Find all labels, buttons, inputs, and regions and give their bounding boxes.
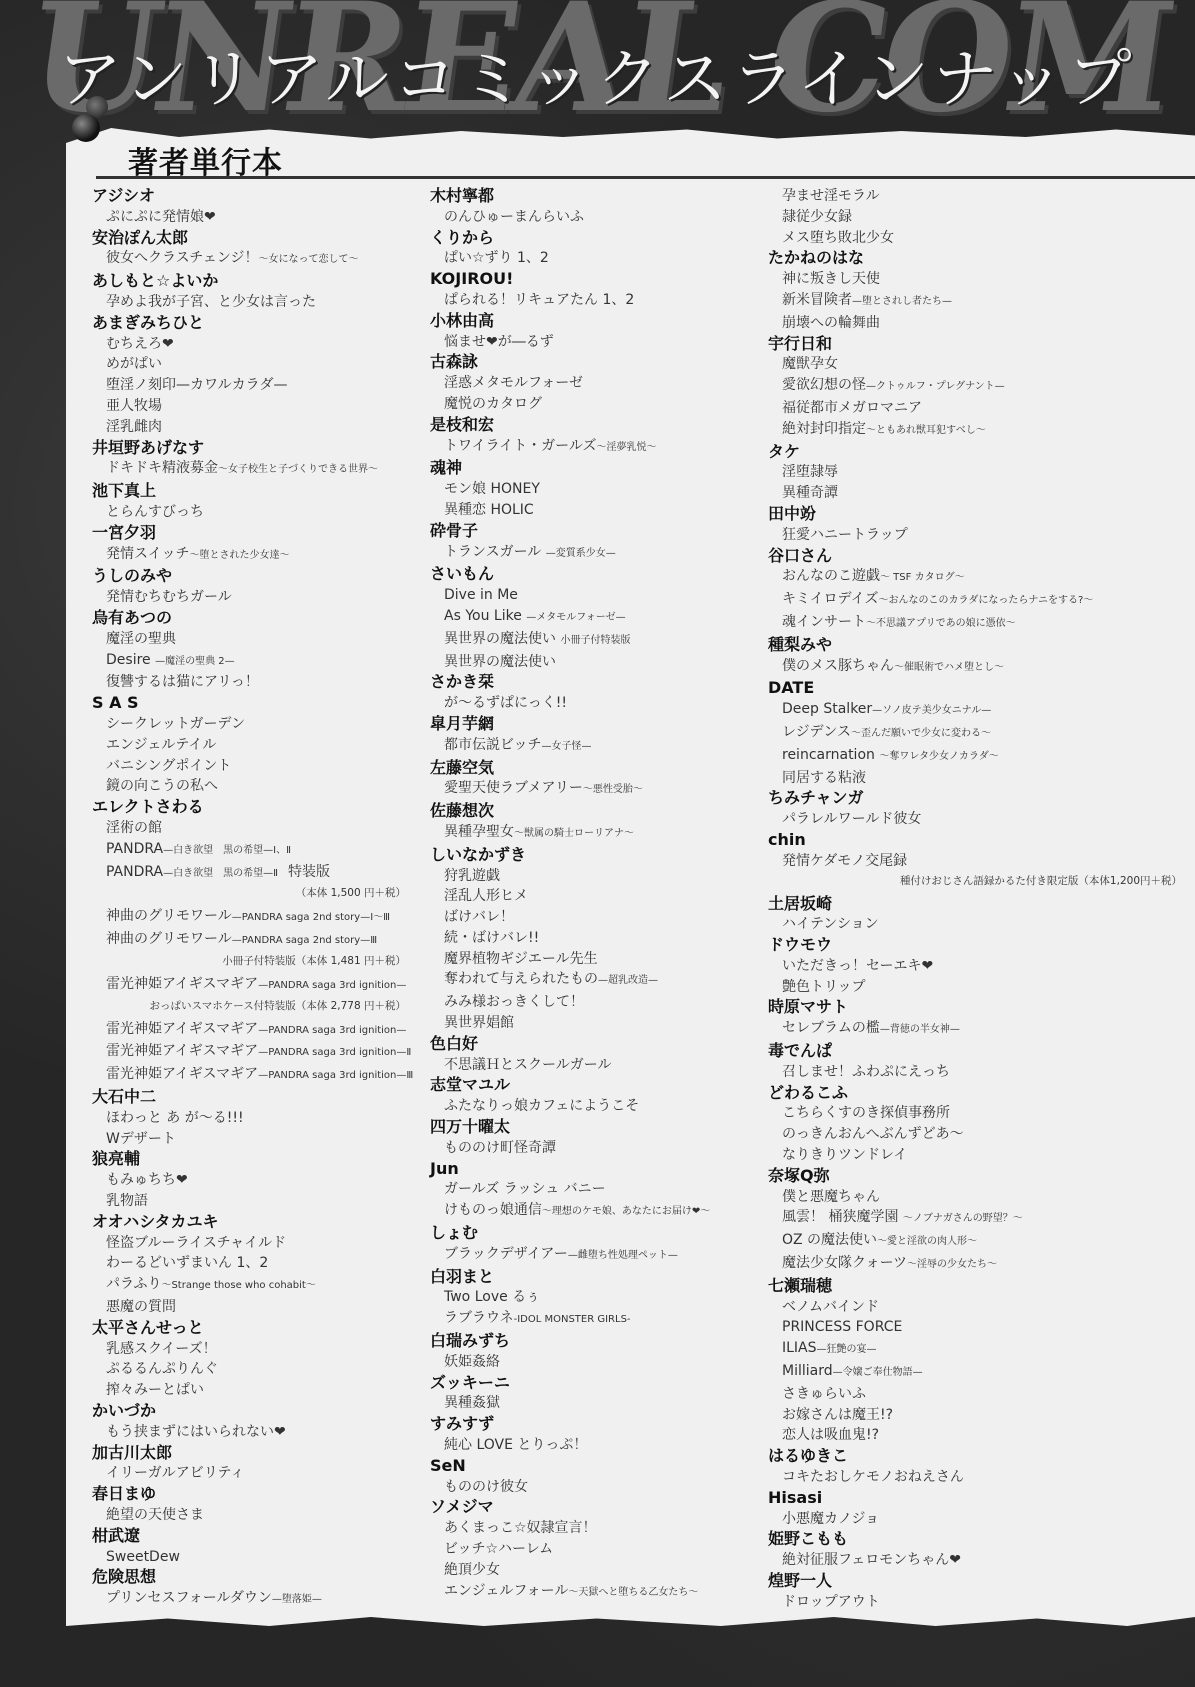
author-name: 志堂マユル xyxy=(430,1075,760,1096)
title-main: 福従都市メガロマニア xyxy=(782,400,922,416)
title-main: もみゅちち❤ xyxy=(106,1172,188,1188)
author-name: 是枝和宏 xyxy=(430,415,760,436)
title-main: reincarnation xyxy=(782,747,879,763)
title-main: As You Like xyxy=(444,608,526,624)
title-main: 召しませ！ふわぷにえっち xyxy=(782,1064,950,1080)
title-main: 不思議Ｈとスクールガール xyxy=(444,1057,611,1073)
book-title: ガールズ ラッシュ バニー xyxy=(430,1179,760,1200)
title-main: メス堕ち敗北少女 xyxy=(782,230,894,246)
title-main: 淫術の館 xyxy=(106,820,162,836)
book-title: 同居する粘液 xyxy=(768,768,1188,789)
title-main: レジデンス xyxy=(782,724,851,740)
title-main: 孕めよ我が子宮、と少女は言った xyxy=(106,294,316,310)
author-name: 佐藤想次 xyxy=(430,801,760,822)
book-title: PANDRA—白き欲望 黒の希望—Ⅱ 特装版 xyxy=(92,862,412,885)
book-title: 淫術の館 xyxy=(92,818,412,839)
author-name: 砕骨子 xyxy=(430,521,760,542)
book-title: 彼女へクラスチェンジ！～女になって恋して～ xyxy=(92,248,412,271)
title-main: 魔獣孕女 xyxy=(782,356,838,372)
title-main: 新米冒険者 xyxy=(782,292,852,308)
title-main: PANDRA xyxy=(106,864,163,880)
title-main: 異種孕聖女 xyxy=(444,824,514,840)
title-main: お嫁さんは魔王!? xyxy=(782,1407,893,1423)
title-subtitle: ～奪ワレタ少女ノカラダ～ xyxy=(879,751,998,762)
author-name: タケ xyxy=(768,442,1188,463)
book-title: 召しませ！ふわぷにえっち xyxy=(768,1062,1188,1083)
book-title: 僕のメス豚ちゃん～催眠術でハメ堕とし～ xyxy=(768,656,1188,679)
edition-label: 特装版 xyxy=(288,864,330,880)
title-main: ILIAS xyxy=(782,1340,817,1356)
book-title: Wデザート xyxy=(92,1129,412,1150)
title-main: ガールズ ラッシュ バニー xyxy=(444,1181,606,1197)
book-title: 魔法少女隊クォーツ～淫辱の少女たち～ xyxy=(768,1253,1188,1276)
title-subtitle: ～ TSF カタログ～ xyxy=(880,572,965,583)
title-main: みみ様おっきくして！ xyxy=(444,994,584,1010)
column-3: 孕ませ淫モラル隷従少女録メス堕ち敗北少女たかねのはな神に叛きし天使新米冒険者—堕… xyxy=(768,186,1188,1613)
book-title: のっきんおんへぶんずどあ～ xyxy=(768,1124,1188,1145)
book-title: が～るずぱにっく!! xyxy=(430,693,760,714)
pushpin-head-icon xyxy=(72,114,100,142)
author-name: 宇行日和 xyxy=(768,334,1188,355)
title-main: が～るずぱにっく!! xyxy=(444,695,567,711)
author-name: かいづか xyxy=(92,1401,412,1422)
book-title: ぱられる！リキュアたん 1、2 xyxy=(430,290,760,311)
title-main: 淫乳雌肉 xyxy=(106,419,162,435)
title-main: 小悪魔カノジョ xyxy=(782,1511,879,1527)
title-main: 異種姦獄 xyxy=(444,1395,500,1411)
title-main: 絶頂少女 xyxy=(444,1562,500,1578)
title-main: 乳感スクイーズ！ xyxy=(106,1341,217,1357)
title-main: ぱられる！リキュアたん 1、2 xyxy=(444,292,634,308)
author-name: chin xyxy=(768,830,1188,851)
book-title: のんひゅーまんらいふ xyxy=(430,207,760,228)
book-title: 崩壊への輪舞曲 xyxy=(768,313,1188,334)
title-main: 異種奇譚 xyxy=(782,485,838,501)
title-main: Wデザート xyxy=(106,1131,176,1147)
author-name: 大石中二 xyxy=(92,1087,412,1108)
title-subtitle: ～催眠術でハメ堕とし～ xyxy=(894,662,1004,673)
book-title: 神曲のグリモワール—PANDRA saga 2nd story—Ⅰ～Ⅲ xyxy=(92,906,412,929)
title-main: 異世界娼館 xyxy=(444,1015,514,1031)
author-name: くりから xyxy=(430,228,760,249)
title-main: ブラックデザイアー xyxy=(444,1246,568,1262)
author-name: 池下真上 xyxy=(92,481,412,502)
title-subtitle: —PANDRA saga 3rd ignition—Ⅱ xyxy=(258,1047,411,1058)
book-title: 亜人牧場 xyxy=(92,396,412,417)
title-main: 淫堕隷辱 xyxy=(782,464,838,480)
title-subtitle: ～悪性受胎～ xyxy=(583,784,643,795)
title-main: 堕淫ノ刻印—カワルカラダ— xyxy=(106,377,287,393)
book-title: プリンセスフォールダウン—堕落姫— xyxy=(92,1588,412,1611)
title-subtitle: —堕落姫— xyxy=(272,1594,322,1605)
title-main: 妖姫姦絡 xyxy=(444,1354,500,1370)
book-title: Desire —魔淫の聖典 2— xyxy=(92,650,412,673)
title-main: ぷにぷに発情娘❤ xyxy=(106,209,216,225)
title-subtitle: —白き欲望 黒の希望—Ⅰ、Ⅱ xyxy=(163,845,291,856)
author-name: 田中竕 xyxy=(768,504,1188,525)
book-title: キミイロデイズ～おんなのこのカラダになったらナニをする?～ xyxy=(768,589,1188,612)
title-main: パラふり xyxy=(106,1276,161,1292)
book-title: ラブラウネ-IDOL MONSTER GIRLS- xyxy=(430,1308,760,1331)
author-name: 左藤空気 xyxy=(430,758,760,779)
title-main: 復讐するは猫にアリっ！ xyxy=(106,674,259,690)
title-main: なりきりツンドレイ xyxy=(782,1147,907,1163)
price-note: （本体 1,500 円＋税） xyxy=(92,884,412,902)
title-subtitle: —PANDRA saga 3rd ignition—Ⅲ xyxy=(258,1070,413,1081)
book-title: 異世界の魔法使い 小冊子付特装版 xyxy=(430,629,760,652)
title-subtitle: —狂艶の宴— xyxy=(817,1344,877,1355)
title-main: 発情ケダモノ交尾録 xyxy=(782,853,907,869)
book-title: エンジェルフォール～天獄へと堕ちる乙女たち～ xyxy=(430,1581,760,1604)
book-title: ベノムバインド xyxy=(768,1297,1188,1318)
title-main: キミイロデイズ xyxy=(782,591,878,607)
book-title: 乳感スクイーズ！ xyxy=(92,1339,412,1360)
title-main: Two Love るぅ xyxy=(444,1289,540,1305)
book-title: 怪盗ブルーライスチャイルド xyxy=(92,1233,412,1254)
title-main: ほわっと あ が～る!!! xyxy=(106,1110,244,1126)
title-main: 魔悦のカタログ xyxy=(444,396,542,412)
book-title: Two Love るぅ xyxy=(430,1287,760,1308)
title-subtitle: ～淫夢乳悦～ xyxy=(596,442,656,453)
title-main: OZ の魔法使い xyxy=(782,1232,877,1248)
author-name: ドウモウ xyxy=(768,935,1188,956)
author-name: ズッキーニ xyxy=(430,1373,760,1394)
title-main: 続・ばけバレ!! xyxy=(444,930,539,946)
author-name: 谷口さん xyxy=(768,546,1188,567)
book-title: 魔悦のカタログ xyxy=(430,394,760,415)
author-name: 古森詠 xyxy=(430,352,760,373)
title-main: 神曲のグリモワール xyxy=(106,908,232,924)
book-title: エンジェルテイル xyxy=(92,735,412,756)
title-subtitle: -IDOL MONSTER GIRLS- xyxy=(514,1314,631,1325)
book-title: お嫁さんは魔王!? xyxy=(768,1405,1188,1426)
title-main: 狂愛ハニートラップ xyxy=(782,527,908,543)
title-subtitle: ～愛と淫欲の肉人形～ xyxy=(877,1236,977,1247)
title-subtitle: ～天獄へと堕ちる乙女たち～ xyxy=(568,1587,698,1598)
book-title: 魔淫の聖典 xyxy=(92,629,412,650)
title-main: ベノムバインド xyxy=(782,1299,879,1315)
author-name: さかき栞 xyxy=(430,672,760,693)
author-name: 一宮夕羽 xyxy=(92,523,412,544)
author-name: たかねのはな xyxy=(768,248,1188,269)
author-name: 奈塚Q弥 xyxy=(768,1166,1188,1187)
author-name: 安治ぽん太郎 xyxy=(92,228,412,249)
author-name: 土居坂崎 xyxy=(768,894,1188,915)
title-main: 発情むちむちガール xyxy=(106,589,232,605)
book-title: ふたなりっ娘カフェにようこそ xyxy=(430,1096,760,1117)
author-name: しいなかずき xyxy=(430,845,760,866)
book-title: 愛聖天使ラブメアリー～悪性受胎～ xyxy=(430,778,760,801)
title-subtitle: —超乳改造— xyxy=(598,975,658,986)
author-name: 魂神 xyxy=(430,458,760,479)
book-title: 悪魔の質問 xyxy=(92,1297,412,1318)
title-subtitle: 小冊子付特装版 xyxy=(560,635,630,646)
title-subtitle: —PANDRA saga 3rd ignition— xyxy=(258,1025,406,1036)
book-title: イリーガルアビリティ xyxy=(92,1463,412,1484)
author-name: 姫野こもも xyxy=(768,1529,1188,1550)
title-main: 亜人牧場 xyxy=(106,398,162,414)
price-note: 小冊子付特装版（本体 1,481 円＋税） xyxy=(92,952,412,970)
title-main: トワイライト・ガールズ xyxy=(444,438,596,454)
title-main: PRINCESS FORCE xyxy=(782,1319,902,1335)
book-title: 僕と悪魔ちゃん xyxy=(768,1187,1188,1208)
title-main: 都市伝説ビッチ xyxy=(444,737,541,753)
book-title: 発情ケダモノ交尾録 xyxy=(768,851,1188,872)
author-name: 太平さんせっと xyxy=(92,1318,412,1339)
title-main: むちえろ❤ xyxy=(106,336,174,352)
author-name: 白瑞みずち xyxy=(430,1331,760,1352)
author-name: うしのみや xyxy=(92,566,412,587)
book-title: 狩乳遊戯 xyxy=(430,866,760,887)
title-subtitle: —PANDRA saga 3rd ignition— xyxy=(258,980,406,991)
title-subtitle: —白き欲望 黒の希望—Ⅱ xyxy=(163,868,288,879)
book-title: 孕ませ淫モラル xyxy=(768,186,1188,207)
title-main: 乳物語 xyxy=(106,1193,148,1209)
title-main: 同居する粘液 xyxy=(782,770,866,786)
book-title: 淫乱人形ヒメ xyxy=(430,886,760,907)
book-title: 異世界娼館 xyxy=(430,1013,760,1034)
author-name: アジシオ xyxy=(92,186,412,207)
book-title: PRINCESS FORCE xyxy=(768,1317,1188,1338)
book-title: 淫乳雌肉 xyxy=(92,417,412,438)
title-main: 雷光神姫アイギスマギア xyxy=(106,976,258,992)
book-title: 異世界の魔法使い xyxy=(430,652,760,673)
title-main: 悪魔の質問 xyxy=(106,1299,176,1315)
title-main: 淫乱人形ヒメ xyxy=(444,888,528,904)
title-subtitle: —PANDRA saga 2nd story—Ⅰ～Ⅲ xyxy=(232,912,390,923)
book-title: ドロップアウト xyxy=(768,1592,1188,1613)
title-subtitle: ～淫辱の少女たち～ xyxy=(907,1259,997,1270)
title-main: 異種恋 HOLIC xyxy=(444,502,534,518)
column-2: 木村寧都のんひゅーまんらいふくりからぱい☆ずり 1、2KOJIROU!ぱられる！… xyxy=(430,186,760,1603)
title-main: SweetDew xyxy=(106,1549,180,1565)
title-main: 愛聖天使ラブメアリー xyxy=(444,780,583,796)
title-main: 奪われて与えられたもの xyxy=(444,971,598,987)
author-name: どわるこふ xyxy=(768,1083,1188,1104)
title-main: ぱい☆ずり 1、2 xyxy=(444,250,549,266)
title-main: 魔法少女隊クォーツ xyxy=(782,1255,907,1271)
author-name: 種梨みや xyxy=(768,635,1188,656)
book-title: もののけ町怪奇譚 xyxy=(430,1138,760,1159)
author-name: 四万十曜太 xyxy=(430,1117,760,1138)
price-note: 種付けおじさん語録かるた付き限定版（本体1,200円＋税） xyxy=(768,872,1188,890)
book-title: めがぱい xyxy=(92,354,412,375)
book-title: 淫堕隷辱 xyxy=(768,462,1188,483)
title-main: 魔界植物ギジエール先生 xyxy=(444,951,598,967)
title-main: 異世界の魔法使い xyxy=(444,631,560,647)
title-subtitle: —変質系少女— xyxy=(546,548,616,559)
book-title: みみ様おっきくして！ xyxy=(430,992,760,1013)
author-name: Hisasi xyxy=(768,1488,1188,1509)
title-main: 怪盗ブルーライスチャイルド xyxy=(106,1235,286,1251)
book-title: 都市伝説ビッチ—女子怪— xyxy=(430,735,760,758)
book-title: 神に叛きし天使 xyxy=(768,269,1188,290)
title-subtitle: ～ともあれ獣耳犯すべし～ xyxy=(866,425,986,436)
book-title: トワイライト・ガールズ～淫夢乳悦～ xyxy=(430,436,760,459)
book-title: 悩ませ❤が―るず xyxy=(430,332,760,353)
author-name: エレクトさわる xyxy=(92,797,412,818)
book-title: もう挟まずにはいられない❤ xyxy=(92,1422,412,1443)
book-title: 異種姦獄 xyxy=(430,1393,760,1414)
title-main: 隷従少女録 xyxy=(782,209,852,225)
title-subtitle: —令嬢ご奉仕物語— xyxy=(833,1367,923,1378)
title-main: のんひゅーまんらいふ xyxy=(444,209,584,225)
title-main: エンジェルテイル xyxy=(106,737,216,753)
title-subtitle: ～獣属の騎士ローリアナ～ xyxy=(514,828,634,839)
book-title: ぷるるんぷりんぐ xyxy=(92,1359,412,1380)
title-main: バニシングポイント xyxy=(106,758,231,774)
title-main: 魂インサート xyxy=(782,614,866,630)
book-title: ハイテンション xyxy=(768,914,1188,935)
author-name: あしもと☆よいか xyxy=(92,271,412,292)
title-subtitle: ～Strange those who cohabit～ xyxy=(161,1280,315,1291)
title-subtitle: —メタモルフォーゼ— xyxy=(526,612,625,623)
book-title: 風雲！ 桶狭魔学園 ～ノブナガさんの野望？～ xyxy=(768,1207,1188,1230)
title-main: ラブラウネ xyxy=(444,1310,514,1326)
book-title: 鏡の向こうの私へ xyxy=(92,776,412,797)
book-title: 絶頂少女 xyxy=(430,1560,760,1581)
author-name: ソメジマ xyxy=(430,1497,760,1518)
title-main: 雷光神姫アイギスマギア xyxy=(106,1021,258,1037)
book-title: さきゅらいふ xyxy=(768,1384,1188,1405)
author-name: ちみチャンガ xyxy=(768,788,1188,809)
book-title: 新米冒険者—堕とされし者たち— xyxy=(768,290,1188,313)
book-title: モン娘 HONEY xyxy=(430,479,760,500)
title-main: イリーガルアビリティ xyxy=(106,1465,244,1481)
title-main: ドキドキ精液募金 xyxy=(106,460,218,476)
title-main: 僕のメス豚ちゃん xyxy=(782,658,894,674)
book-title: ほわっと あ が～る!!! xyxy=(92,1108,412,1129)
title-main: 孕ませ淫モラル xyxy=(782,188,880,204)
title-subtitle: ～理想のケモ娘、あなたにお届け❤～ xyxy=(542,1206,710,1217)
title-main: 神に叛きし天使 xyxy=(782,271,880,287)
book-title: 福従都市メガロマニア xyxy=(768,398,1188,419)
author-name: 木村寧都 xyxy=(430,186,760,207)
book-title: 堕淫ノ刻印—カワルカラダ— xyxy=(92,375,412,396)
book-title: 純心 LOVE とりっぷ！ xyxy=(430,1435,760,1456)
title-main: とらんすびっち xyxy=(106,504,204,520)
author-name: すみすず xyxy=(430,1414,760,1435)
book-title: ぱい☆ずり 1、2 xyxy=(430,248,760,269)
title-main: 異世界の魔法使い xyxy=(444,654,556,670)
author-name: 井垣野あげなす xyxy=(92,438,412,459)
title-main: わーるどいずまいん 1、2 xyxy=(106,1255,268,1271)
title-main: セレブラムの檻 xyxy=(782,1020,880,1036)
book-title: Milliard—令嬢ご奉仕物語— xyxy=(768,1361,1188,1384)
title-main: 狩乳遊戯 xyxy=(444,868,500,884)
title-main: ビッチ☆ハーレム xyxy=(444,1541,553,1557)
author-name: しょむ xyxy=(430,1223,760,1244)
book-title: いただきっ！セーエキ❤ xyxy=(768,956,1188,977)
book-title: セレブラムの檻—背徳の半女神— xyxy=(768,1018,1188,1041)
title-subtitle: —堕とされし者たち— xyxy=(852,296,952,307)
title-main: 艶色トリップ xyxy=(782,979,865,995)
title-main: 淫惑メタモルフォーゼ xyxy=(444,375,583,391)
author-name: オオハシタカユキ xyxy=(92,1212,412,1233)
title-main: トランスガール xyxy=(444,544,546,560)
title-main: パラレルワールド彼女 xyxy=(782,811,921,827)
title-subtitle: —魔淫の聖典 2— xyxy=(155,656,235,667)
title-main: めがぱい xyxy=(106,356,162,372)
book-title: 不思議Ｈとスクールガール xyxy=(430,1055,760,1076)
book-title: ぷにぷに発情娘❤ xyxy=(92,207,412,228)
book-title: 艶色トリップ xyxy=(768,977,1188,998)
book-title: ばけバレ！ xyxy=(430,907,760,928)
author-name: 毒でんぱ xyxy=(768,1041,1188,1062)
book-title: バニシングポイント xyxy=(92,756,412,777)
book-title: 異種恋 HOLIC xyxy=(430,500,760,521)
author-name: 七瀬瑞穂 xyxy=(768,1276,1188,1297)
title-main: 雷光神姫アイギスマギア xyxy=(106,1043,258,1059)
author-name: 狼亮輔 xyxy=(92,1149,412,1170)
book-title: トランスガール —変質系少女— xyxy=(430,542,760,565)
book-title: 妖姫姦絡 xyxy=(430,1352,760,1373)
book-title: Dive in Me xyxy=(430,585,760,606)
book-title: ドキドキ精液募金～女子校生と子づくりできる世界～ xyxy=(92,458,412,481)
title-main: 崩壊への輪舞曲 xyxy=(782,315,880,331)
book-title: 雷光神姫アイギスマギア—PANDRA saga 3rd ignition—Ⅱ xyxy=(92,1041,412,1064)
title-main: 絶対征服フェロモンちゃん❤ xyxy=(782,1552,961,1568)
title-subtitle: ～歪んだ願いで少女に変わる～ xyxy=(851,728,991,739)
book-title: 淫惑メタモルフォーゼ xyxy=(430,373,760,394)
title-main: プリンセスフォールダウン xyxy=(106,1590,272,1606)
author-name: S A S xyxy=(92,693,412,714)
book-title: 魔獣孕女 xyxy=(768,354,1188,375)
author-name: SeN xyxy=(430,1456,760,1477)
author-name: KOJIROU! xyxy=(430,269,760,290)
book-title: 隷従少女録 xyxy=(768,207,1188,228)
book-title: 魂インサート～不思議アプリであの娘に憑依～ xyxy=(768,612,1188,635)
title-main: のっきんおんへぶんずどあ～ xyxy=(782,1126,964,1142)
book-title: なりきりツンドレイ xyxy=(768,1145,1188,1166)
title-main: 神曲のグリモワール xyxy=(106,931,232,947)
title-main: エンジェルフォール xyxy=(444,1583,568,1599)
book-title: As You Like —メタモルフォーゼ— xyxy=(430,606,760,629)
book-title: 発情スイッチ～堕とされた少女達～ xyxy=(92,544,412,567)
book-title: 搾々みーとぱい xyxy=(92,1380,412,1401)
book-title: 小悪魔カノジョ xyxy=(768,1509,1188,1530)
book-title: 乳物語 xyxy=(92,1191,412,1212)
title-main: もう挟まずにはいられない❤ xyxy=(106,1424,286,1440)
title-main: 絶対封印指定 xyxy=(782,421,866,437)
book-title: reincarnation ～奪ワレタ少女ノカラダ～ xyxy=(768,745,1188,768)
book-title: こちらくすのき探偵事務所 xyxy=(768,1103,1188,1124)
section-divider xyxy=(96,176,1195,179)
book-title: もみゅちち❤ xyxy=(92,1170,412,1191)
title-main: PANDRA xyxy=(106,841,163,857)
title-subtitle: ～女子校生と子づくりできる世界～ xyxy=(218,464,378,475)
author-name: 色白好 xyxy=(430,1034,760,1055)
author-name: 煌野一人 xyxy=(768,1571,1188,1592)
title-main: いただきっ！セーエキ❤ xyxy=(782,958,933,974)
title-main: ドロップアウト xyxy=(782,1594,880,1610)
book-title: 魔界植物ギジエール先生 xyxy=(430,949,760,970)
author-name: DATE xyxy=(768,678,1188,699)
title-subtitle: ～おんなのこのカラダになったらナニをする?～ xyxy=(878,595,1093,606)
book-title: 続・ばけバレ!! xyxy=(430,928,760,949)
title-main: けものっ娘通信 xyxy=(444,1202,542,1218)
title-subtitle: —女子怪— xyxy=(541,741,591,752)
author-name: さいもん xyxy=(430,564,760,585)
book-title: 雷光神姫アイギスマギア—PANDRA saga 3rd ignition—Ⅲ xyxy=(92,1064,412,1087)
book-title: 異種孕聖女～獣属の騎士ローリアナ～ xyxy=(430,822,760,845)
book-title: ビッチ☆ハーレム xyxy=(430,1539,760,1560)
author-name: 烏有あつの xyxy=(92,608,412,629)
book-title: 絶望の天使さま xyxy=(92,1505,412,1526)
book-title: けものっ娘通信～理想のケモ娘、あなたにお届け❤～ xyxy=(430,1200,760,1223)
title-main: もののけ彼女 xyxy=(444,1479,528,1495)
author-name: 春日まゆ xyxy=(92,1484,412,1505)
